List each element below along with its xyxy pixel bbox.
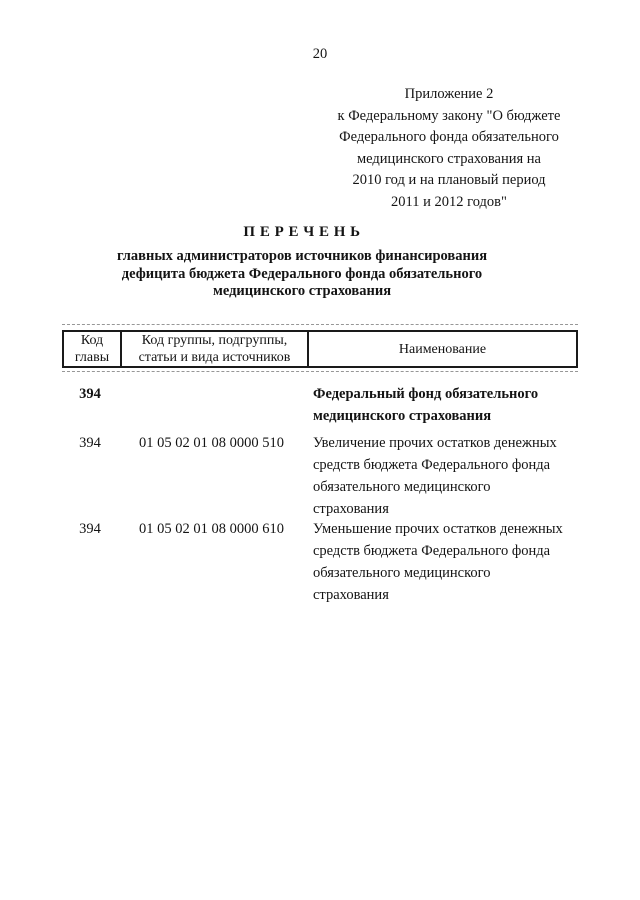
document-title: П Е Р Е Ч Е Н Ь [0,224,604,241]
cell-source-code: 01 05 02 01 08 0000 510 [118,432,305,454]
cell-source-code: 01 05 02 01 08 0000 610 [118,518,305,540]
cell-chapter-code: 394 [62,518,118,540]
table-row: 394 01 05 02 01 08 0000 610 Уменьшение п… [62,518,578,606]
cell-chapter-code: 394 [62,383,118,405]
table-row: 394 Федеральный фонд обязательного медиц… [62,383,578,427]
cell-chapter-code: 394 [62,432,118,454]
appendix-reference: Приложение 2 к Федеральному закону "О бю… [332,84,566,213]
cell-name: Федеральный фонд обязательного медицинск… [305,383,578,427]
header-cell-source-code: Код группы, подгруппы, статьи и вида ист… [120,332,307,366]
page-number: 20 [0,46,640,63]
header-cell-chapter-code: Код главы [64,332,120,366]
table-header: Код главы Код группы, подгруппы, статьи … [62,330,578,368]
table-row: 394 01 05 02 01 08 0000 510 Увеличение п… [62,432,578,520]
cell-name: Уменьшение прочих остатков денежных сред… [305,518,578,606]
cell-name: Увеличение прочих остатков денежных сред… [305,432,578,520]
document-page: 20 Приложение 2 к Федеральному закону "О… [0,0,640,900]
document-subtitle: главных администраторов источников финан… [0,248,604,301]
header-cell-name: Наименование [307,332,576,366]
